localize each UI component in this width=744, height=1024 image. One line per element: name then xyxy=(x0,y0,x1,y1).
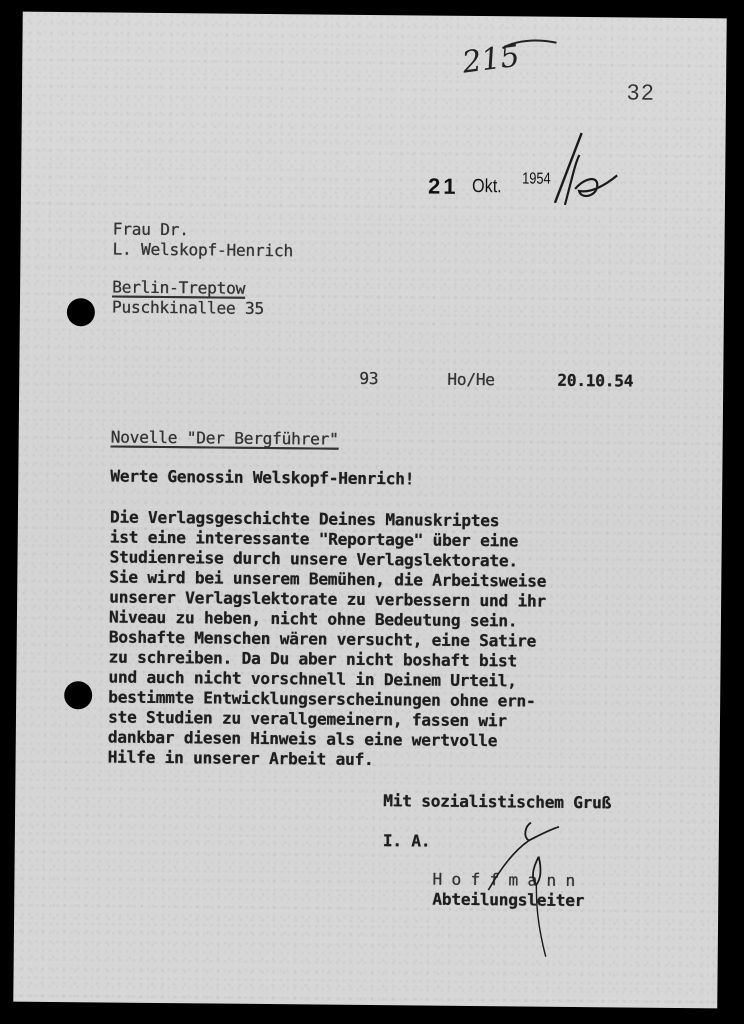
letter-body: Die Verlagsgeschichte Deines Manuskripte… xyxy=(110,508,730,514)
valediction: Mit sozialistischem Gruß xyxy=(383,791,611,813)
punch-hole-top xyxy=(67,298,95,326)
reference-number: 93 xyxy=(359,369,378,389)
letter-page: 215 32 21 Okt. 1954 Frau Dr. L. Welskopf… xyxy=(13,12,726,1009)
stamp-initials-icon xyxy=(551,127,622,208)
on-behalf-marker: I. A. xyxy=(383,831,431,851)
recipient-salutation: Frau Dr. xyxy=(113,220,189,241)
letter-greeting: Werte Genossin Welskopf-Henrich! xyxy=(110,467,414,490)
stamp-year: 1954 xyxy=(522,170,551,188)
page-number: 32 xyxy=(627,79,656,105)
folio-strike-icon xyxy=(500,36,560,57)
recipient-name: L. Welskopf-Henrich xyxy=(112,240,293,262)
reference-initials: Ho/He xyxy=(447,370,495,390)
letter-subject: Novelle "Der Bergführer" xyxy=(111,428,339,450)
stamp-day: 21 xyxy=(428,174,459,200)
recipient-city: Berlin-Treptow xyxy=(112,278,245,299)
handwritten-signature-icon xyxy=(474,816,575,967)
letter-date: 20.10.54 xyxy=(557,371,633,392)
stamp-month: Okt. xyxy=(472,176,502,198)
body-line: Hilfe in unserer Arbeit auf. xyxy=(108,747,374,770)
punch-hole-bottom xyxy=(64,681,92,709)
recipient-street: Puschkinallee 35 xyxy=(112,298,264,319)
